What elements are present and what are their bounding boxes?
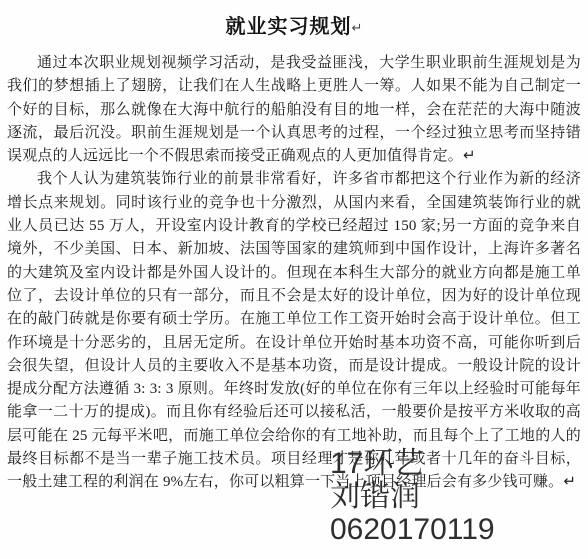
- document-title: 就业实习规划↵: [7, 14, 581, 41]
- signature-class-line: 17环艺: [330, 447, 495, 480]
- document-page: 就业实习规划↵ 通过本次职业规划视频学习活动，是我受益匪浅，大学生职业职前生涯规…: [0, 0, 588, 559]
- signature-student-id: 0620170119: [330, 513, 495, 546]
- signature-block: 17环艺 刘锴润 0620170119: [330, 447, 495, 546]
- paragraph-career-planning-reflection: 通过本次职业规划视频学习活动，是我受益匪浅，大学生职业职前生涯规划是为我们的梦想…: [7, 52, 581, 168]
- document-title-text: 就业实习规划: [226, 16, 352, 38]
- paragraph-industry-outlook: 我个人认为建筑装饰行业的前景非常看好，许多省市都把这个行业作为新的经济增长点来规…: [7, 168, 581, 494]
- signature-name-line: 刘锴润: [330, 480, 495, 513]
- paragraph-return-icon: ↵: [352, 20, 363, 35]
